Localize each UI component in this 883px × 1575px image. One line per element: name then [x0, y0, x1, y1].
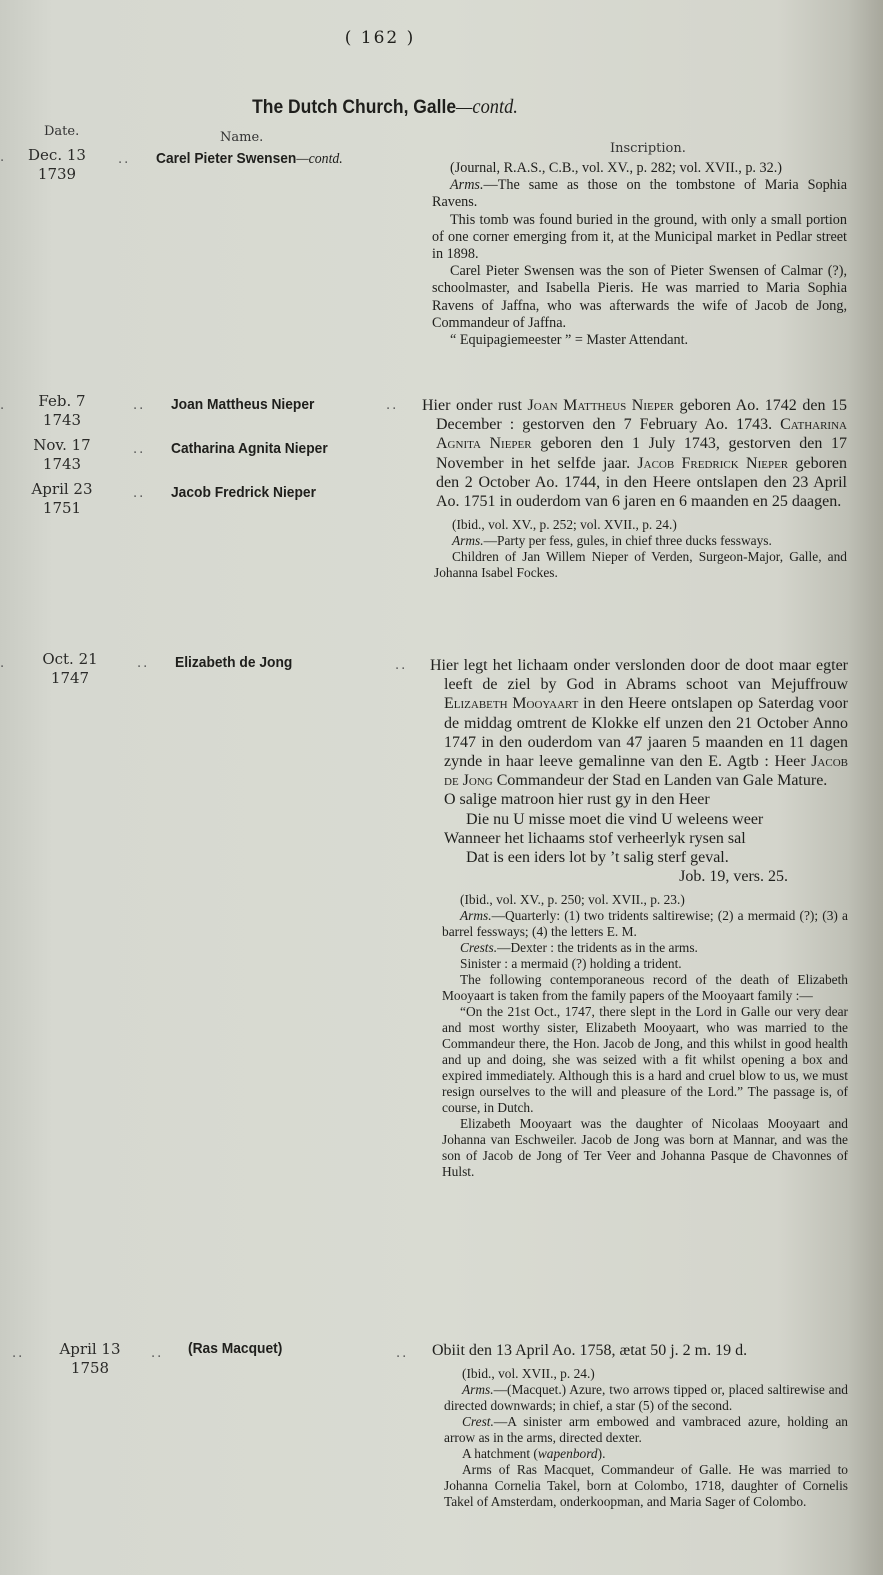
arms-paragraph: Arms.—The same as those on the tombstone…	[432, 177, 847, 211]
date-year: 1751	[22, 499, 102, 518]
paragraph: Sinister : a mermaid (?) holding a tride…	[442, 956, 848, 972]
entry-date: Oct. 21 1747	[30, 650, 110, 688]
inscription-swensen: (Journal, R.A.S., C.B., vol. XV., p. 282…	[432, 160, 847, 349]
column-header-name: Name.	[220, 130, 263, 145]
arms-paragraph: Arms.—Party per fess, gules, in chief th…	[434, 533, 847, 549]
arms-paragraph: Arms.—(Macquet.) Azure, two arrows tippe…	[444, 1382, 848, 1414]
book-page: ( 162 ) The Dutch Church, Galle—contd. D…	[0, 0, 883, 1575]
entry-name: Carel Pieter Swensen—contd.	[156, 150, 343, 168]
inscription-macquet: Obiit den 13 April Ao. 1758, ætat 50 j. …	[432, 1341, 848, 1510]
reference: (Ibid., vol. XV., p. 252; vol. XVII., p.…	[434, 517, 847, 533]
date-year: 1743	[22, 455, 102, 474]
inscription-de-jong: Hier legt het lichaam onder verslonden d…	[430, 656, 848, 1180]
leader-dots: ..	[395, 658, 407, 673]
reference: (Ibid., vol. XV., p. 250; vol. XVII., p.…	[442, 892, 848, 908]
name-text: Carel Pieter Swensen	[156, 150, 296, 167]
reference: (Ibid., vol. XVII., p. 24.)	[444, 1366, 848, 1382]
entry-name: (Ras Macquet)	[188, 1340, 282, 1357]
entry-date: Nov. 17 1743	[22, 436, 102, 474]
inscription-nieper: Hier onder rust Joan Mattheus Nieper geb…	[422, 396, 847, 581]
quoted-record: “On the 21st Oct., 1747, there slept in …	[442, 1004, 848, 1116]
paragraph: “ Equipagiemeester ” = Master Attendant.	[432, 332, 847, 349]
page-number: ( 162 )	[0, 28, 760, 48]
date-day: Nov. 17	[22, 436, 102, 455]
leader-dots: ..	[118, 152, 130, 167]
paragraph: This tomb was found buried in the ground…	[432, 212, 847, 264]
leader-dots: ..	[133, 442, 145, 457]
verse-line: O salige matroon hier rust gy in den Hee…	[444, 790, 848, 809]
entry-name: Elizabeth de Jong	[175, 654, 292, 671]
leader-dots: ..	[396, 1346, 408, 1361]
verse-line: Wanneer het lichaams stof verheerlyk rys…	[444, 829, 848, 848]
entry-date: April 23 1751	[22, 480, 102, 518]
column-header-date: Date.	[44, 124, 79, 139]
inscription-text: Obiit den 13 April Ao. 1758, ætat 50 j. …	[432, 1341, 848, 1360]
paragraph: Arms of Ras Macquet, Commandeur of Galle…	[444, 1462, 848, 1510]
date-day: Dec. 13	[17, 146, 97, 165]
leader-dots: ..	[133, 486, 145, 501]
entry-date: Dec. 13 1739	[17, 146, 97, 184]
paragraph: Elizabeth Mooyaart was the daughter of N…	[442, 1116, 848, 1180]
leader-dots: ..	[12, 1346, 24, 1361]
crests-paragraph: Crests.—Dexter : the tridents as in the …	[442, 940, 848, 956]
reference: (Journal, R.A.S., C.B., vol. XV., p. 282…	[432, 160, 847, 177]
paragraph: The following contemporaneous record of …	[442, 972, 848, 1004]
verse-line: Dat is een iders lot by ’t salig sterf g…	[444, 848, 848, 867]
hatchment-paragraph: A hatchment (wapenbord).	[444, 1446, 848, 1462]
date-year: 1743	[22, 411, 102, 430]
leader-dot: .	[0, 150, 6, 165]
page-title: The Dutch Church, Galle—contd.	[31, 96, 739, 119]
leader-dots: ..	[133, 398, 145, 413]
date-year: 1747	[30, 669, 110, 688]
leader-dot: .	[0, 398, 6, 413]
crest-paragraph: Crest.—A sinister arm embowed and vambra…	[444, 1414, 848, 1446]
entry-name: Joan Mattheus Nieper	[171, 396, 314, 413]
date-year: 1739	[17, 165, 97, 184]
inscription-text: Hier legt het lichaam onder verslonden d…	[430, 656, 848, 790]
leader-dots: ..	[137, 656, 149, 671]
column-header-inscription: Inscription.	[610, 141, 686, 156]
leader-dots: ..	[386, 398, 398, 413]
date-day: April 23	[22, 480, 102, 499]
leader-dots: ..	[151, 1346, 163, 1361]
verse: O salige matroon hier rust gy in den Hee…	[430, 790, 848, 886]
title-suffix: —contd.	[456, 96, 518, 118]
entry-date: April 13 1758	[50, 1340, 130, 1378]
paragraph: Children of Jan Willem Nieper of Verden,…	[434, 549, 847, 581]
date-year: 1758	[50, 1359, 130, 1378]
arms-paragraph: Arms.—Quarterly: (1) two tridents saltir…	[442, 908, 848, 940]
title-main: The Dutch Church, Galle	[252, 97, 456, 118]
entry-name: Catharina Agnita Nieper	[171, 440, 328, 457]
entry-date: Feb. 7 1743	[22, 392, 102, 430]
inscription-text: Hier onder rust Joan Mattheus Nieper geb…	[422, 396, 847, 511]
date-day: Feb. 7	[22, 392, 102, 411]
verse-line: Die nu U misse moet die vind U weleens w…	[444, 810, 848, 829]
leader-dot: .	[0, 656, 6, 671]
verse-reference: Job. 19, vers. 25.	[444, 867, 848, 886]
date-day: April 13	[50, 1340, 130, 1359]
entry-name: Jacob Fredrick Nieper	[171, 484, 316, 501]
date-day: Oct. 21	[30, 650, 110, 669]
paragraph: Carel Pieter Swensen was the son of Piet…	[432, 263, 847, 332]
name-suffix: —contd.	[296, 151, 342, 167]
